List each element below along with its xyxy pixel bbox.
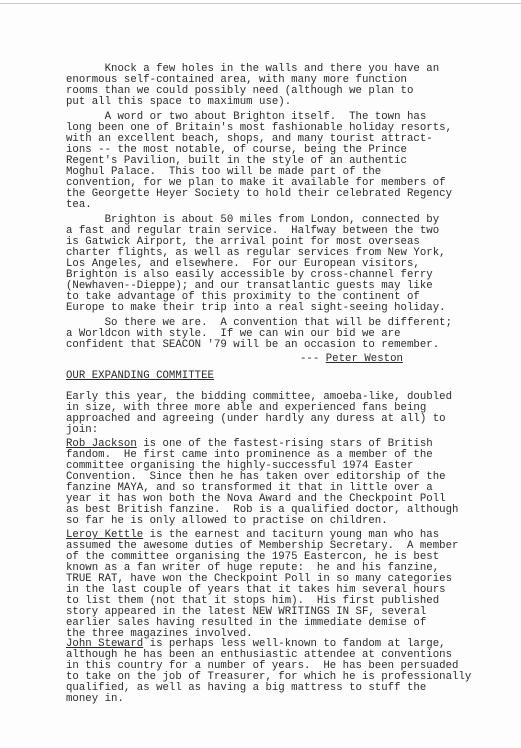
- signature-name: Peter Weston: [326, 353, 403, 365]
- text-line: approached and agreeing (under hardly an…: [66, 414, 446, 425]
- text-line: tea.: [66, 200, 92, 211]
- text-line: money in.: [66, 694, 124, 705]
- signature: --- Peter Weston: [300, 354, 403, 365]
- signature-dashes: ---: [300, 353, 326, 365]
- text-line: the Georgette Heyer Society to hold thei…: [66, 189, 452, 200]
- text-line: confident that SEACON '79 will be an occ…: [66, 340, 439, 351]
- section-heading: OUR EXPANDING COMMITTEE: [66, 371, 214, 382]
- text-line: so far he is only allowed to practise on…: [66, 516, 388, 527]
- typewritten-page: Knock a few holes in the walls and there…: [0, 0, 521, 748]
- text-line: Europe to make their trip into a real si…: [66, 303, 446, 314]
- text-line: put all this space to maximum use).: [66, 97, 291, 108]
- text-line: join:: [66, 425, 98, 436]
